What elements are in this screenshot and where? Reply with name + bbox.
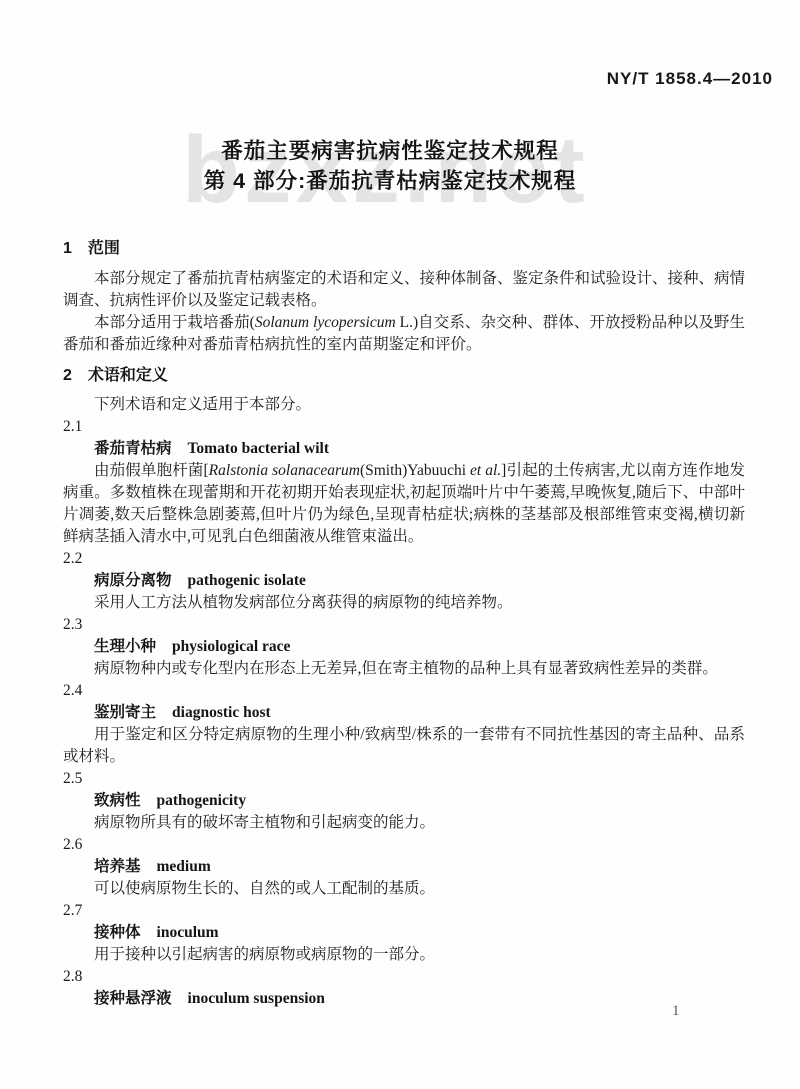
document-body: 1范围 本部分规定了番茄抗青枯病鉴定的术语和定义、接种体制备、鉴定条件和试验设计…	[63, 238, 745, 1010]
term-number: 2.1	[63, 416, 745, 438]
latin-name: Solanum lycopersicum	[255, 314, 396, 331]
section-1-heading: 1范围	[63, 238, 745, 260]
term-definition: 病原物种内或专化型内在形态上无差异,但在寄主植物的品种上具有显著致病性差异的类群…	[63, 658, 745, 680]
term-heading: 病原分离物pathogenic isolate	[63, 570, 745, 592]
title-line-1: 番茄主要病害抗病性鉴定技术规程	[0, 136, 780, 166]
term-number: 2.2	[63, 548, 745, 570]
section-2-heading: 2术语和定义	[63, 365, 745, 387]
term-number: 2.5	[63, 768, 745, 790]
section-title: 范围	[88, 240, 120, 257]
term-heading: 接种体inoculum	[63, 922, 745, 944]
term-en: inoculum	[157, 924, 219, 941]
term-definition: 用于接种以引起病害的病原物或病原物的一部分。	[63, 944, 745, 966]
latin-name: et al.	[470, 462, 501, 479]
term-item-2-3: 2.3 生理小种physiological race 病原物种内或专化型内在形态…	[63, 614, 745, 680]
term-zh: 培养基	[94, 858, 141, 875]
term-definition: 用于鉴定和区分特定病原物的生理小种/致病型/株系的一套带有不同抗性基因的寄主品种…	[63, 724, 745, 768]
term-heading: 接种悬浮液inoculum suspension	[63, 988, 745, 1010]
title-line-2: 第 4 部分:番茄抗青枯病鉴定技术规程	[0, 166, 780, 196]
term-heading: 番茄青枯病Tomato bacterial wilt	[63, 438, 745, 460]
term-number: 2.4	[63, 680, 745, 702]
term-item-2-2: 2.2 病原分离物pathogenic isolate 采用人工方法从植物发病部…	[63, 548, 745, 614]
term-number: 2.7	[63, 900, 745, 922]
term-number: 2.3	[63, 614, 745, 636]
term-number: 2.6	[63, 834, 745, 856]
term-item-2-8: 2.8 接种悬浮液inoculum suspension	[63, 966, 745, 1010]
term-heading: 培养基medium	[63, 856, 745, 878]
term-en: inoculum suspension	[188, 990, 325, 1007]
term-en: physiological race	[172, 638, 290, 655]
term-zh: 番茄青枯病	[94, 440, 172, 457]
document-title: 番茄主要病害抗病性鉴定技术规程 第 4 部分:番茄抗青枯病鉴定技术规程	[0, 136, 780, 196]
term-item-2-6: 2.6 培养基medium 可以使病原物生长的、自然的或人工配制的基质。	[63, 834, 745, 900]
term-en: diagnostic host	[172, 704, 271, 721]
text-segment: (Smith)Yabuuchi	[360, 462, 470, 479]
text-segment: 本部分适用于栽培番茄(	[94, 314, 255, 331]
term-definition: 可以使病原物生长的、自然的或人工配制的基质。	[63, 878, 745, 900]
term-definition: 采用人工方法从植物发病部位分离获得的病原物的纯培养物。	[63, 592, 745, 614]
section-title: 术语和定义	[88, 367, 168, 384]
section-number: 1	[63, 240, 72, 257]
text-segment: 由茄假单胞杆菌[	[94, 462, 209, 479]
term-en: pathogenicity	[157, 792, 247, 809]
term-zh: 接种悬浮液	[94, 990, 172, 1007]
term-heading: 致病性pathogenicity	[63, 790, 745, 812]
term-item-2-5: 2.5 致病性pathogenicity 病原物所具有的破坏寄主植物和引起病变的…	[63, 768, 745, 834]
scope-paragraph-1: 本部分规定了番茄抗青枯病鉴定的术语和定义、接种体制备、鉴定条件和试验设计、接种、…	[63, 268, 745, 312]
term-en: Tomato bacterial wilt	[188, 440, 330, 457]
term-zh: 接种体	[94, 924, 141, 941]
term-zh: 病原分离物	[94, 572, 172, 589]
page-number: 1	[672, 1003, 680, 1020]
document-page: bzxz.net NY/T 1858.4—2010 番茄主要病害抗病性鉴定技术规…	[0, 0, 800, 1089]
terms-intro: 下列术语和定义适用于本部分。	[63, 394, 745, 416]
section-number: 2	[63, 367, 72, 384]
latin-name: Ralstonia solanacearum	[209, 462, 360, 479]
term-number: 2.8	[63, 966, 745, 988]
term-item-2-1: 2.1 番茄青枯病Tomato bacterial wilt 由茄假单胞杆菌[R…	[63, 416, 745, 548]
term-definition: 病原物所具有的破坏寄主植物和引起病变的能力。	[63, 812, 745, 834]
term-zh: 生理小种	[94, 638, 156, 655]
term-zh: 致病性	[94, 792, 141, 809]
term-definition: 由茄假单胞杆菌[Ralstonia solanacearum(Smith)Yab…	[63, 460, 745, 548]
standard-code: NY/T 1858.4—2010	[607, 69, 773, 89]
term-heading: 生理小种physiological race	[63, 636, 745, 658]
term-heading: 鉴别寄主diagnostic host	[63, 702, 745, 724]
scope-paragraph-2: 本部分适用于栽培番茄(Solanum lycopersicum L.)自交系、杂…	[63, 312, 745, 356]
term-en: medium	[157, 858, 211, 875]
term-zh: 鉴别寄主	[94, 704, 156, 721]
term-en: pathogenic isolate	[188, 572, 306, 589]
term-item-2-7: 2.7 接种体inoculum 用于接种以引起病害的病原物或病原物的一部分。	[63, 900, 745, 966]
term-item-2-4: 2.4 鉴别寄主diagnostic host 用于鉴定和区分特定病原物的生理小…	[63, 680, 745, 768]
